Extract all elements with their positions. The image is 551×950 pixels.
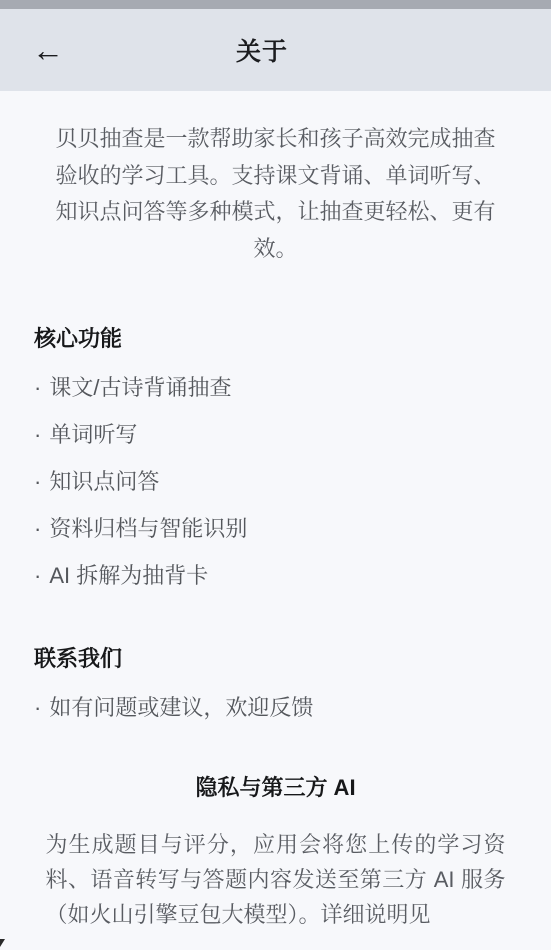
bullet-icon: · (34, 564, 41, 587)
bullet-icon: · (34, 376, 41, 399)
bullet-icon: · (34, 470, 41, 493)
feature-label: 单词听写 (49, 423, 137, 446)
bullet-icon: · (34, 517, 41, 540)
feature-list-item: · 单词听写 (34, 423, 517, 446)
section-contact-us: 联系我们 · 如有问题或建议，欢迎反馈 (34, 645, 517, 719)
feature-label: 资料归档与智能识别 (49, 517, 247, 540)
feature-list-item: · AI 拆解为抽背卡 (34, 564, 517, 587)
feature-label: 知识点问答 (49, 470, 159, 493)
header: ← 关于 (0, 9, 551, 91)
page-title: 关于 (0, 32, 524, 68)
privacy-description: 为生成题目与评分，应用会将您上传的学习资料、语音转写与答题内容发送至第三方 AI… (46, 827, 506, 932)
contact-list-item: · 如有问题或建议，欢迎反馈 (34, 696, 517, 719)
feature-label: AI 拆解为抽背卡 (49, 564, 208, 587)
section-core-features: 核心功能 · 课文/古诗背诵抽查 · 单词听写 · 知识点问答 · 资料归档与智… (34, 325, 517, 587)
section-privacy: 隐私与第三方 AI 为生成题目与评分，应用会将您上传的学习资料、语音转写与答题内… (34, 775, 517, 932)
feature-list-item: · 资料归档与智能识别 (34, 517, 517, 540)
about-content: 贝贝抽查是一款帮助家长和孩子高效完成抽查验收的学习工具。支持课文背诵、单词听写、… (0, 121, 551, 932)
status-bar (0, 0, 551, 9)
bullet-icon: · (34, 423, 41, 446)
bullet-icon: · (34, 696, 41, 719)
contact-label: 如有问题或建议，欢迎反馈 (49, 696, 313, 719)
feature-label: 课文/古诗背诵抽查 (49, 376, 231, 399)
mouse-cursor (0, 939, 5, 947)
app-description: 贝贝抽查是一款帮助家长和孩子高效完成抽查验收的学习工具。支持课文背诵、单词听写、… (48, 121, 503, 267)
section-heading-core-features: 核心功能 (34, 325, 517, 352)
feature-list-item: · 课文/古诗背诵抽查 (34, 376, 517, 399)
section-heading-contact-us: 联系我们 (34, 645, 517, 672)
feature-list-item: · 知识点问答 (34, 470, 517, 493)
privacy-heading: 隐私与第三方 AI (34, 775, 517, 801)
